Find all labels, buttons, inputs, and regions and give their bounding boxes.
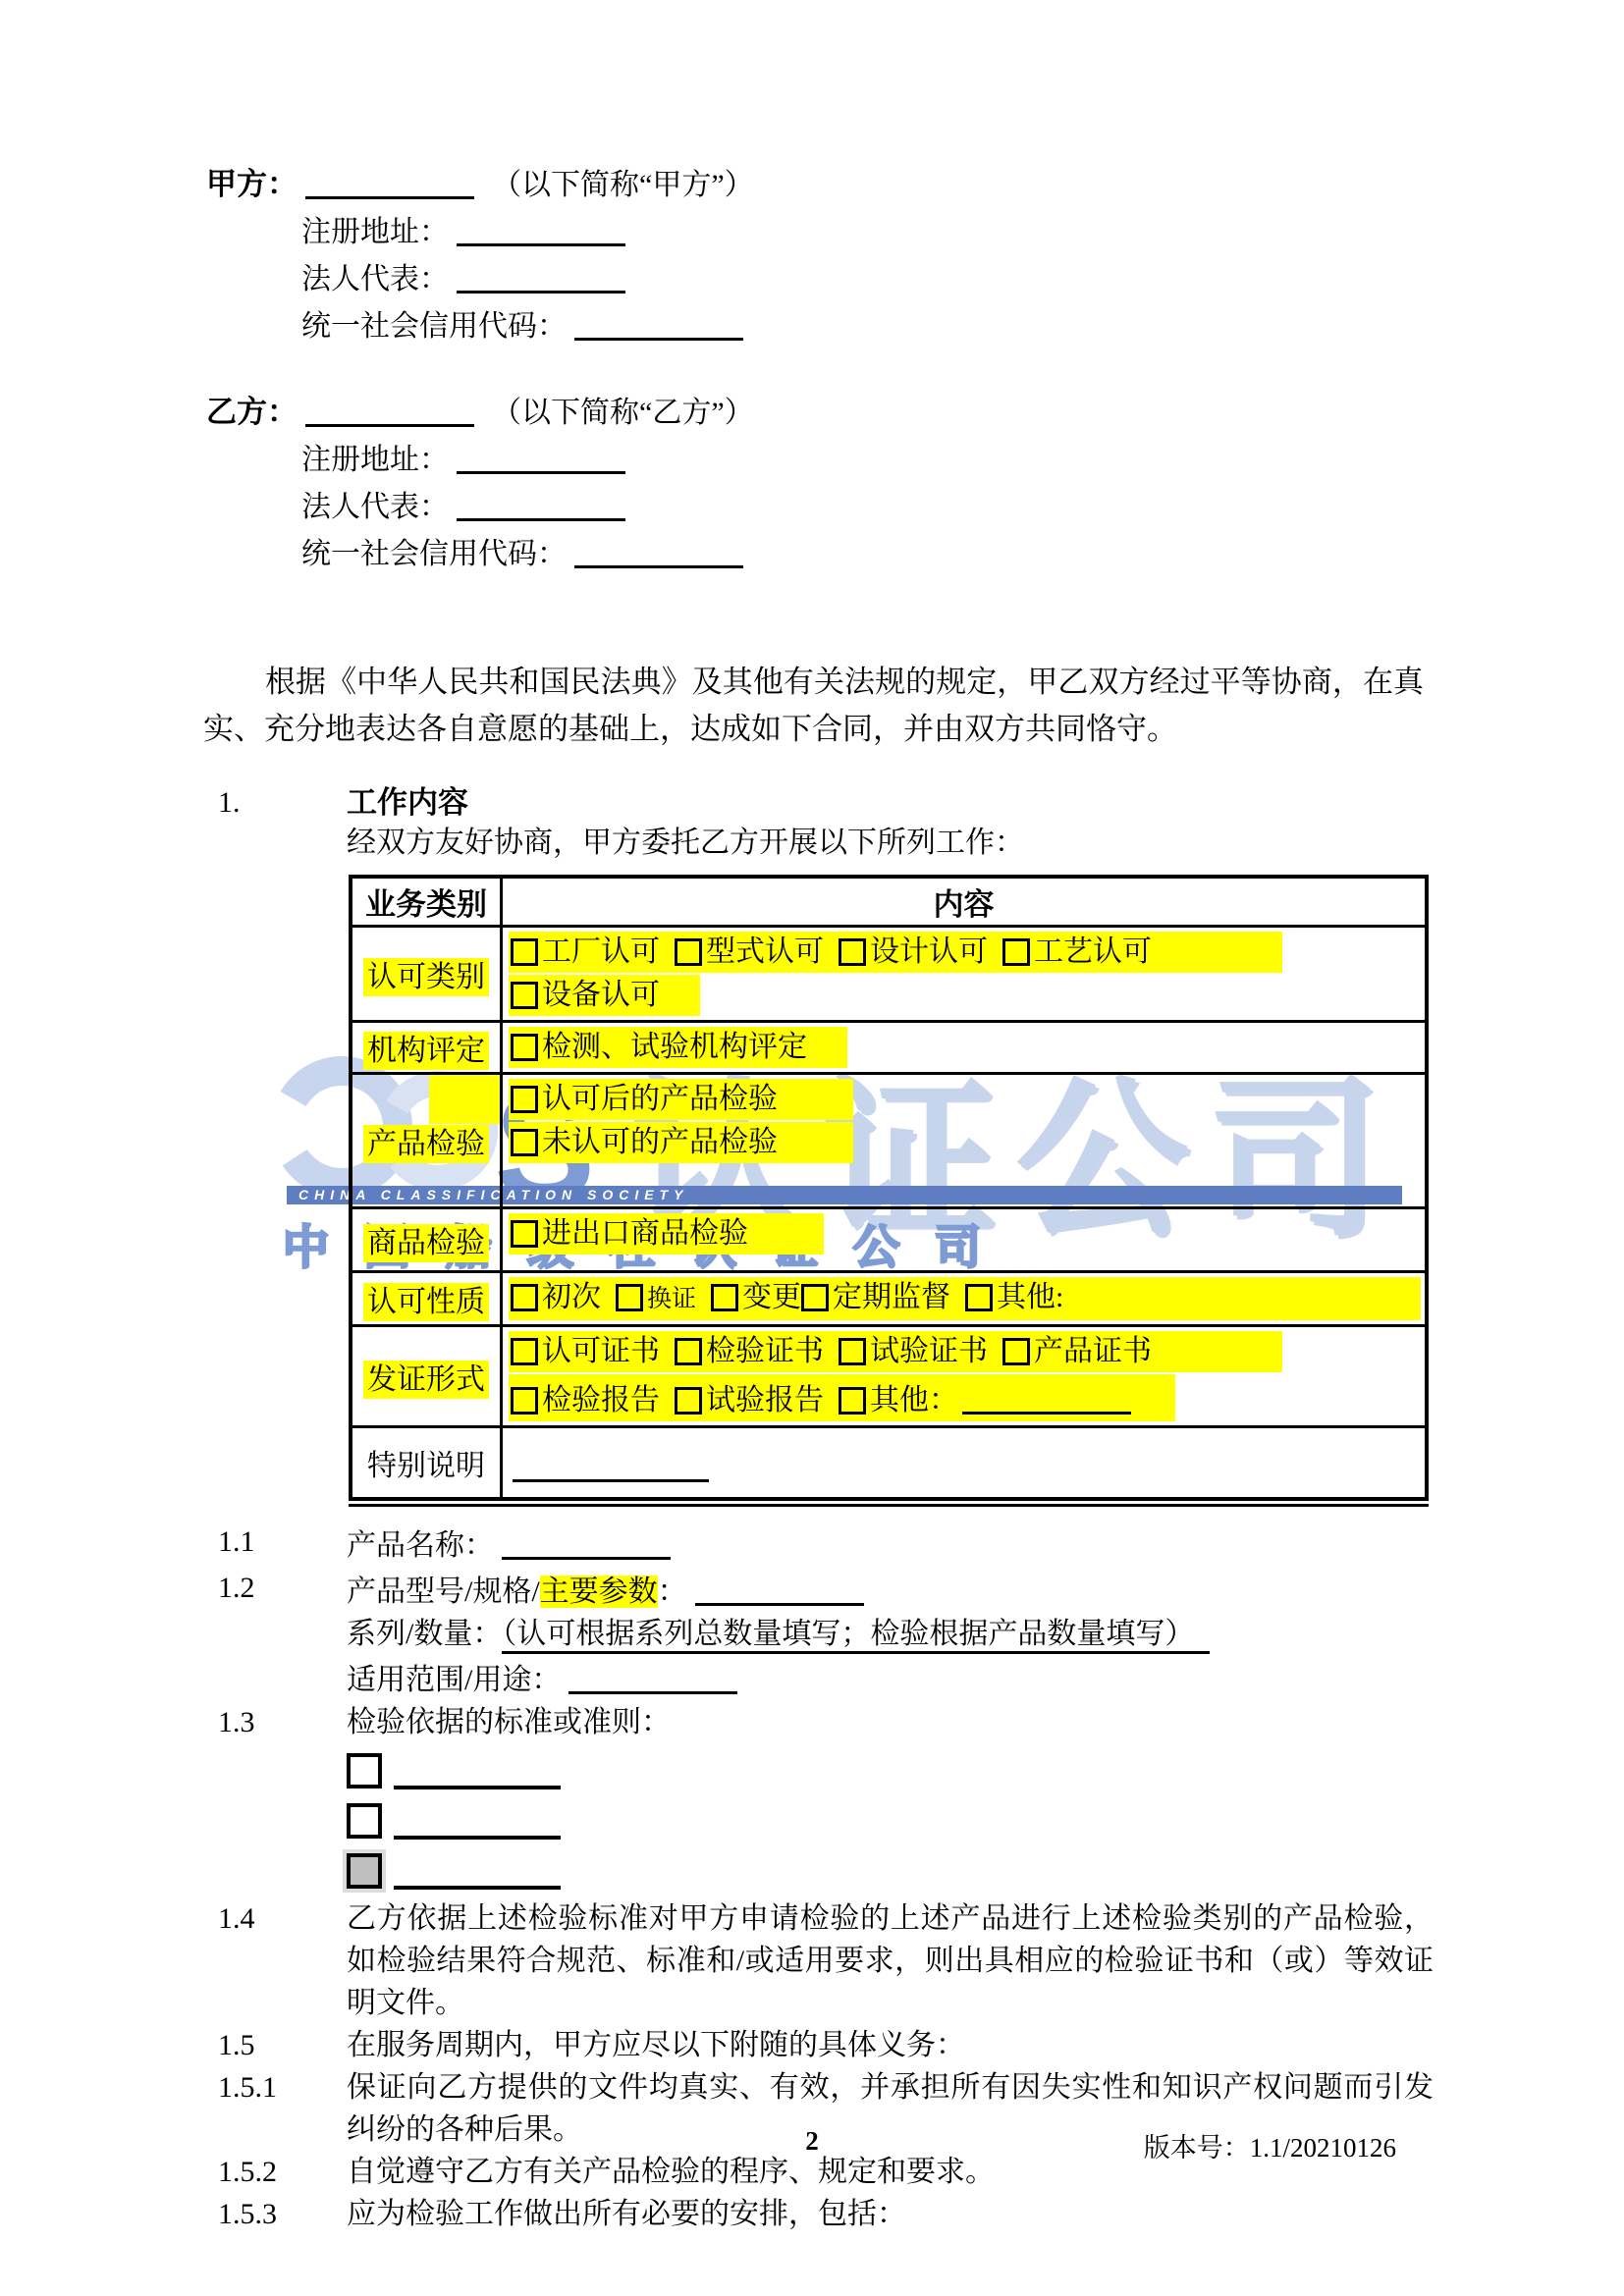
blank-field[interactable] [394, 1798, 561, 1840]
preamble-paragraph: 根据《中华人民共和国民法典》及其他有关法规的规定，甲乙双方经过平等协商，在真实、… [203, 659, 1424, 753]
highlight-span: 检测、试验机构评定 [509, 1027, 847, 1068]
checkbox[interactable] [347, 1853, 382, 1889]
content-line: 认可后的产品检验 [509, 1079, 1421, 1120]
checkbox-option: 型式认可 [675, 935, 824, 968]
field-label: 注册地址： [301, 216, 449, 248]
column-header-category: 业务类别 [351, 877, 502, 927]
clause-body: 乙方依据上述检验标准对甲方申请检验的上述产品进行上述检验类别的产品检验，如检验结… [347, 1897, 1434, 2024]
party-b-block: 乙方：（以下简称“乙方”） 注册地址：法人代表：统一社会信用代码： [206, 388, 1624, 576]
checkbox[interactable] [347, 1753, 382, 1789]
work-content-table: 业务类别 内容 认可类别工厂认可型式认可设计认可工艺认可设备认可机构评定检测、试… [349, 875, 1429, 1507]
content-line: 设备认可 [509, 975, 1421, 1016]
row-label-cell: 机构评定 [351, 1022, 502, 1074]
checkbox-option: 变更 [711, 1281, 801, 1313]
blank-field[interactable] [574, 306, 743, 341]
clause-item-1.2: 1.2产品型号/规格/主要参数：系列/数量：（认可根据系列总数量填写；检验根据产… [218, 1567, 1624, 1701]
field-label: 注册地址： [301, 444, 449, 476]
row-label: 特别说明 [367, 1450, 485, 1482]
table-row-accreditation-nature: 认可性质初次换证变更定期监督其他: [351, 1272, 1427, 1326]
blank-field[interactable] [457, 440, 625, 474]
option-label: 设备认可 [542, 979, 660, 1011]
highlight-span: 设备认可 [509, 975, 700, 1016]
clause-number: 1.5.3 [218, 2193, 347, 2235]
option-label: 工艺认可 [1034, 935, 1152, 968]
content-line: 认可证书检验证书试验证书产品证书 [509, 1331, 1421, 1372]
option-label: 试验报告 [706, 1384, 824, 1416]
row-label-cell: 产品检验 [351, 1074, 502, 1208]
content-line: 检验报告试验报告其他： [509, 1374, 1421, 1421]
row-content-cell: 认可后的产品检验未认可的产品检验 [502, 1074, 1428, 1208]
checkbox[interactable] [839, 1387, 866, 1415]
standard-checklist-row [347, 1747, 1434, 1789]
checkbox-option: 工艺认可 [1002, 935, 1152, 968]
highlight-span: 初次换证变更定期监督其他: [509, 1277, 1421, 1320]
checkbox[interactable] [616, 1284, 643, 1311]
checkbox[interactable] [839, 1338, 866, 1365]
blank-field[interactable] [513, 1448, 709, 1482]
section-intro: 经双方友好协商，甲方委托乙方开展以下所列工作： [347, 824, 1624, 863]
highlight-span: 未认可的产品检验 [509, 1122, 853, 1163]
table-row-commodity-inspection: 商品检验进出口商品检验 [351, 1208, 1427, 1272]
table-row-accreditation-category: 认可类别工厂认可型式认可设计认可工艺认可设备认可 [351, 927, 1427, 1022]
checkbox-option: 未认可的产品检验 [511, 1126, 778, 1158]
row-label: 产品检验 [363, 1125, 489, 1163]
clause-number: 1.5.2 [218, 2151, 347, 2193]
section-title: 工作内容 [347, 782, 468, 824]
row-content-cell: 工厂认可型式认可设计认可工艺认可设备认可 [502, 927, 1428, 1022]
row-label-cell: 特别说明 [351, 1427, 502, 1500]
checkbox-option: 试验证书 [839, 1335, 988, 1367]
option-label: 认可后的产品检验 [542, 1083, 778, 1115]
checkbox[interactable] [839, 938, 866, 966]
party-field: 统一社会信用代码： [301, 301, 1624, 348]
option-label: 进出口商品检验 [542, 1217, 748, 1250]
row-label: 认可性质 [363, 1283, 489, 1321]
clause-line: 产品名称： [347, 1521, 1434, 1567]
table-row-organization-assessment: 机构评定检测、试验机构评定 [351, 1022, 1427, 1074]
option-label: 试验证书 [870, 1335, 988, 1367]
party-a-name-blank[interactable] [305, 165, 474, 199]
content-line: 初次换证变更定期监督其他: [509, 1277, 1421, 1320]
party-field: 法人代表： [301, 254, 1624, 301]
field-label: 法人代表： [301, 491, 449, 523]
blank-field[interactable] [394, 1848, 561, 1890]
blank-field[interactable] [457, 212, 625, 246]
clause-item-1.5: 1.5在服务周期内，甲方应尽以下附随的具体义务： [218, 2024, 1624, 2066]
party-field: 注册地址： [301, 435, 1624, 482]
content-line: 未认可的产品检验 [509, 1122, 1421, 1163]
table-row-certificate-form: 发证形式认可证书检验证书试验证书产品证书检验报告试验报告其他： [351, 1326, 1427, 1427]
checkbox[interactable] [511, 1284, 538, 1311]
option-label: 变更 [742, 1281, 801, 1313]
blank-field[interactable] [394, 1748, 561, 1789]
option-label: 检验报告 [542, 1384, 660, 1416]
contract-page: S 认证公司 CHINA CLASSIFICATION SOCIETY 中国船级… [0, 0, 1624, 2296]
checkbox[interactable] [1002, 938, 1030, 966]
clause-segment: 检验依据的标准或准则： [347, 1706, 671, 1738]
highlight-span: 检验报告试验报告其他： [509, 1374, 1175, 1421]
checkbox[interactable] [511, 938, 538, 966]
standard-checklist-row [347, 1797, 1434, 1839]
clause-item-1.5.2: 1.5.2自觉遵守乙方有关产品检验的程序、规定和要求。 [218, 2151, 1624, 2193]
blank-field[interactable] [457, 487, 625, 521]
checkbox[interactable] [675, 1338, 702, 1365]
checkbox[interactable] [1002, 1338, 1030, 1365]
blank-field[interactable] [568, 1660, 737, 1694]
party-b-name-blank[interactable] [305, 393, 474, 427]
clause-number: 1.4 [218, 1897, 347, 1940]
standard-checklist-row [347, 1847, 1434, 1889]
checkbox-option: 其他： [839, 1384, 1135, 1416]
row-content-cell: 认可证书检验证书试验证书产品证书检验报告试验报告其他： [502, 1326, 1428, 1427]
option-label: 初次 [542, 1281, 601, 1313]
row-label-cell: 发证形式 [351, 1326, 502, 1427]
clause-line: 检验依据的标准或准则： [347, 1701, 1434, 1743]
highlight-span: 认可后的产品检验 [509, 1079, 853, 1120]
field-label: 法人代表： [301, 263, 449, 295]
clause-body: 检验依据的标准或准则： [347, 1701, 1434, 1897]
party-field: 法人代表： [301, 482, 1624, 529]
clause-body: 产品名称： [347, 1521, 1434, 1567]
option-label: 设计认可 [870, 935, 988, 968]
row-label-cell: 认可类别 [351, 927, 502, 1022]
clause-number: 1.1 [218, 1521, 347, 1563]
option-label: 检验证书 [706, 1335, 824, 1367]
table-row-product-inspection: 产品检验认可后的产品检验未认可的产品检验 [351, 1074, 1427, 1208]
checkbox[interactable] [511, 1129, 538, 1156]
clause-number: 1.2 [218, 1567, 347, 1609]
clause-number: 1.3 [218, 1701, 347, 1743]
party-field: 统一社会信用代码： [301, 529, 1624, 576]
option-label: 其他： [870, 1384, 958, 1416]
checkbox[interactable] [511, 1338, 538, 1365]
checkbox-option: 换证 [616, 1281, 696, 1313]
row-label-cell: 认可性质 [351, 1272, 502, 1326]
blank-field[interactable] [962, 1380, 1131, 1415]
checkbox[interactable] [675, 1387, 702, 1415]
checkbox-option: 其他: [965, 1281, 1063, 1313]
clause-segment: 产品名称： [347, 1529, 494, 1562]
content-line [509, 1432, 1421, 1493]
clause-number: 1.5 [218, 2024, 347, 2066]
field-label: 统一社会信用代码： [301, 310, 567, 343]
option-label: 其他: [997, 1281, 1063, 1313]
checkbox[interactable] [511, 982, 538, 1009]
checkbox-option: 定期监督 [801, 1281, 950, 1313]
option-label: 认可证书 [542, 1335, 660, 1367]
party-b-alias-note: （以下简称“乙方”） [492, 397, 754, 429]
checkbox[interactable] [511, 1086, 538, 1113]
checkbox[interactable] [675, 938, 702, 966]
clause-text: 在服务周期内，甲方应尽以下附随的具体义务： [347, 2024, 1434, 2066]
row-label: 机构评定 [363, 1032, 489, 1070]
table-header-row: 业务类别 内容 [351, 877, 1427, 927]
party-a-block: 甲方：（以下简称“甲方”） 注册地址：法人代表：统一社会信用代码： [206, 0, 1624, 348]
clause-segment: 产品型号/规格/ [347, 1575, 540, 1608]
blank-field[interactable] [574, 534, 743, 568]
checkbox-option: 进出口商品检验 [511, 1217, 748, 1250]
option-label: 换证 [647, 1286, 696, 1312]
checkbox-option: 工厂认可 [511, 935, 660, 968]
row-content-cell: 初次换证变更定期监督其他: [502, 1272, 1428, 1326]
blank-field[interactable] [457, 259, 625, 294]
blank-field[interactable] [502, 1525, 671, 1560]
clause-item-1.1: 1.1产品名称： [218, 1521, 1624, 1567]
clause-body: 产品型号/规格/主要参数：系列/数量：（认可根据系列总数量填写；检验根据产品数量… [347, 1567, 1434, 1701]
clause-number: 1.5.1 [218, 2066, 347, 2109]
option-label: 型式认可 [706, 935, 824, 968]
checkbox[interactable] [801, 1284, 829, 1311]
row-content-cell: 进出口商品检验 [502, 1208, 1428, 1272]
checkbox-option: 认可证书 [511, 1335, 660, 1367]
row-label: 商品检验 [363, 1224, 489, 1262]
clause-text: 乙方依据上述检验标准对甲方申请检验的上述产品进行上述检验类别的产品检验，如检验结… [347, 1897, 1434, 2024]
checkbox[interactable] [711, 1284, 738, 1311]
table-row-special-notes: 特别说明 [351, 1427, 1427, 1500]
option-label: 产品证书 [1034, 1335, 1152, 1367]
clause-line: 系列/数量：（认可根据系列总数量填写；检验根据产品数量填写） [347, 1613, 1434, 1655]
checkbox[interactable] [511, 1220, 538, 1248]
highlight-span: 认可证书检验证书试验证书产品证书 [509, 1331, 1282, 1372]
checkbox-option: 设计认可 [839, 935, 988, 968]
clause-body: 在服务周期内，甲方应尽以下附随的具体义务： [347, 2024, 1434, 2066]
checkbox[interactable] [511, 1387, 538, 1415]
checkbox[interactable] [965, 1284, 993, 1311]
section-number: 1. [218, 782, 347, 824]
clause-segment: 系列/数量： [347, 1618, 502, 1650]
clause-line: 适用范围/用途： [347, 1655, 1434, 1701]
content-line: 工厂认可型式认可设计认可工艺认可 [509, 932, 1421, 973]
row-content-cell: 检测、试验机构评定 [502, 1022, 1428, 1074]
version-label: 版本号：1.1/20210126 [1144, 2126, 1396, 2164]
row-label-cell: 商品检验 [351, 1208, 502, 1272]
option-label: 工厂认可 [542, 935, 660, 968]
clause-item-1.5.3: 1.5.3应为检验工作做出所有必要的安排，包括： [218, 2193, 1624, 2235]
party-a-label: 甲方： [206, 167, 298, 201]
clause-line: 产品型号/规格/主要参数： [347, 1567, 1434, 1613]
checkbox-option: 初次 [511, 1281, 601, 1313]
checkbox-option: 试验报告 [675, 1384, 824, 1416]
blank-field[interactable] [695, 1572, 864, 1606]
checkbox[interactable] [347, 1803, 382, 1839]
clause-segment: 适用范围/用途： [347, 1664, 561, 1696]
row-content-cell [502, 1427, 1428, 1500]
clause-body: 应为检验工作做出所有必要的安排，包括： [347, 2193, 1434, 2235]
party-field: 注册地址： [301, 207, 1624, 254]
option-label: 未认可的产品检验 [542, 1126, 778, 1158]
option-label: 定期监督 [833, 1281, 950, 1313]
highlight-notch [429, 1075, 500, 1124]
highlight-span: 进出口商品检验 [509, 1213, 824, 1255]
option-label: 检测、试验机构评定 [542, 1031, 807, 1063]
content-line: 进出口商品检验 [509, 1213, 1421, 1255]
column-header-content: 内容 [502, 877, 1428, 927]
checkbox-option: 检测、试验机构评定 [511, 1031, 807, 1063]
field-label: 统一社会信用代码： [301, 538, 567, 570]
clause-segment: 主要参数 [540, 1575, 658, 1608]
checkbox-option: 设备认可 [511, 979, 660, 1011]
checkbox-option: 认可后的产品检验 [511, 1083, 778, 1115]
party-b-label: 乙方： [206, 395, 298, 429]
row-label: 发证形式 [363, 1361, 489, 1399]
row-label: 认可类别 [363, 958, 489, 996]
content-line: 检测、试验机构评定 [509, 1027, 1421, 1068]
clause-segment: ： [658, 1575, 687, 1608]
clause-item-1.4: 1.4乙方依据上述检验标准对甲方申请检验的上述产品进行上述检验类别的产品检验，如… [218, 1897, 1624, 2024]
party-a-alias-note: （以下简称“甲方”） [492, 169, 754, 201]
highlight-span: 工厂认可型式认可设计认可工艺认可 [509, 932, 1282, 973]
underlined-note: （认可根据系列总数量填写；检验根据产品数量填写） [502, 1618, 1210, 1654]
clause-item-1.3: 1.3检验依据的标准或准则： [218, 1701, 1624, 1897]
clause-text: 应为检验工作做出所有必要的安排，包括： [347, 2193, 1434, 2235]
checkbox[interactable] [511, 1034, 538, 1061]
checkbox-option: 检验报告 [511, 1384, 660, 1416]
checkbox-option: 检验证书 [675, 1335, 824, 1367]
checkbox-option: 产品证书 [1002, 1335, 1152, 1367]
